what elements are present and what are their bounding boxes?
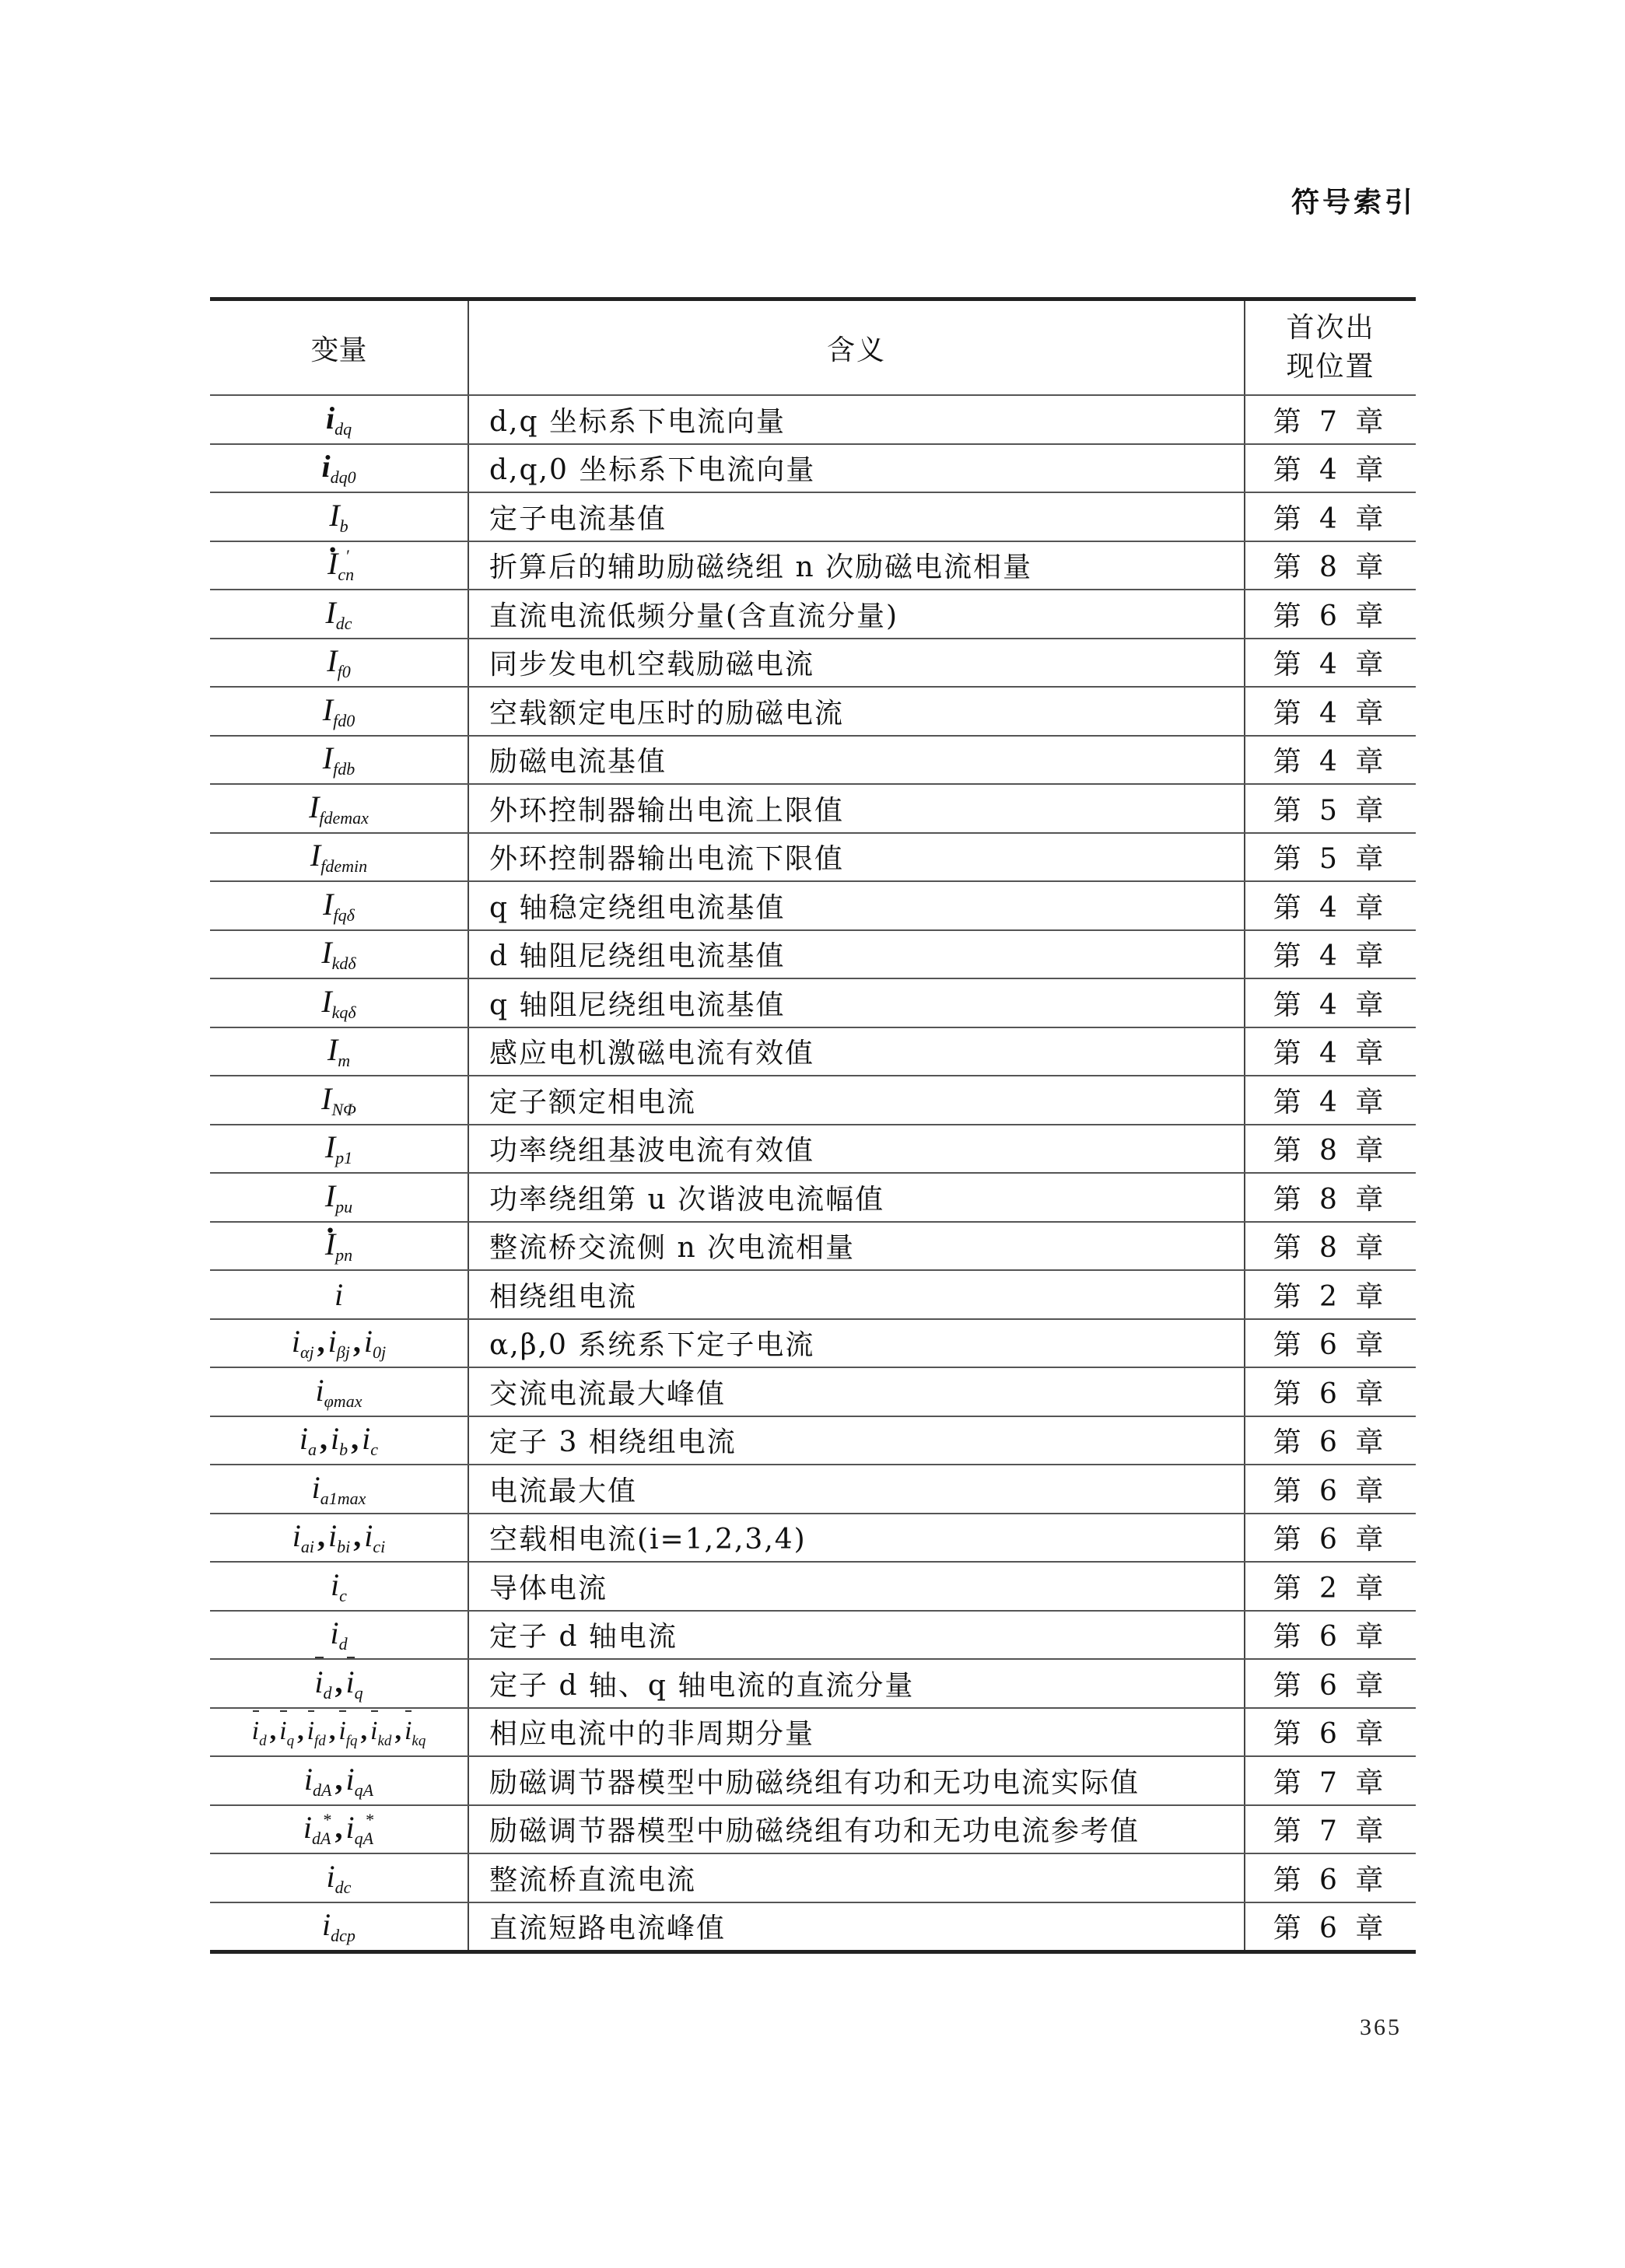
cell-variable: Ifd0	[210, 687, 468, 736]
symbol-base: I	[325, 1129, 335, 1165]
math-symbol: id,iq,ifd,ifq,ikd,ikq	[252, 1717, 426, 1745]
symbol-base: I	[309, 789, 319, 825]
cell-meaning: 折算后的辅助励磁绕组 n 次励磁电流相量	[468, 541, 1245, 590]
header-meaning: 含义	[468, 299, 1245, 396]
symbol-subscript: dcp	[331, 1926, 355, 1945]
header-first-location-line1: 首次出	[1245, 309, 1416, 348]
table-row: Ifqδq 轴稳定绕组电流基值第 4 章	[210, 881, 1416, 930]
symbol-base: i	[292, 1323, 300, 1360]
cell-first-location: 第 4 章	[1245, 930, 1416, 979]
header-first-location-line2: 现位置	[1245, 348, 1416, 387]
symbol-subscript: fd	[314, 1733, 326, 1749]
cell-meaning: 定子电流基值	[468, 492, 1245, 541]
symbol-subscript: c	[370, 1440, 378, 1459]
cell-first-location: 第 8 章	[1245, 1173, 1416, 1222]
symbol-base: I	[327, 545, 338, 582]
symbol-separator: ,	[353, 1324, 361, 1359]
cell-first-location: 第 4 章	[1245, 1076, 1416, 1125]
symbol-base: I	[325, 1226, 335, 1262]
symbol-superscript: *	[366, 1810, 374, 1829]
page-number: 365	[1360, 2014, 1402, 2041]
cell-variable: Icn′	[210, 541, 468, 590]
symbol-base: i	[364, 1323, 373, 1360]
symbol-base: I	[327, 1031, 338, 1068]
symbol-separator: ,	[353, 1518, 361, 1553]
table-row: id,iq定子 d 轴、q 轴电流的直流分量第 6 章	[210, 1659, 1416, 1708]
cell-variable: ic	[210, 1562, 468, 1611]
symbol-subscript: pn	[335, 1245, 352, 1265]
cell-meaning: 空载额定电压时的励磁电流	[468, 687, 1245, 736]
table-row: id,iq,ifd,ifq,ikd,ikq相应电流中的非周期分量第 6 章	[210, 1708, 1416, 1757]
math-symbol: Im	[327, 1032, 350, 1067]
cell-meaning: 外环控制器输出电流下限值	[468, 833, 1245, 882]
cell-meaning: 导体电流	[468, 1562, 1245, 1611]
symbol-base: i	[334, 1276, 343, 1313]
symbol-subscript: fqδ	[333, 905, 354, 925]
cell-meaning: 电流最大值	[468, 1465, 1245, 1514]
symbol-base: I	[321, 934, 331, 971]
math-symbol: ia1max	[312, 1470, 366, 1505]
table-body: idqd,q 坐标系下电流向量第 7 章idq0d,q,0 坐标系下电流向量第 …	[210, 395, 1416, 1952]
cell-meaning: 励磁调节器模型中励磁绕组有功和无功电流参考值	[468, 1805, 1245, 1854]
math-symbol: idcp	[322, 1907, 355, 1942]
header-first-location: 首次出 现位置	[1245, 299, 1416, 396]
cell-first-location: 第 7 章	[1245, 1756, 1416, 1805]
symbol-subscript: pu	[335, 1197, 352, 1216]
cell-variable: Ip1	[210, 1125, 468, 1174]
cell-variable: idcp	[210, 1902, 468, 1952]
cell-meaning: d,q 坐标系下电流向量	[468, 395, 1245, 444]
math-symbol: id,iq	[314, 1664, 362, 1699]
symbol-base: i	[370, 1717, 377, 1746]
symbol-subscript: βj	[337, 1342, 350, 1362]
symbol-base: i	[321, 448, 330, 485]
cell-first-location: 第 4 章	[1245, 881, 1416, 930]
symbol-subscript: b	[339, 1440, 348, 1459]
cell-variable: i	[210, 1270, 468, 1319]
cell-first-location: 第 4 章	[1245, 978, 1416, 1027]
cell-variable: iαj,iβj,i0j	[210, 1319, 468, 1368]
table-row: Ib定子电流基值第 4 章	[210, 492, 1416, 541]
cell-meaning: d 轴阻尼绕组电流基值	[468, 930, 1245, 979]
cell-first-location: 第 4 章	[1245, 687, 1416, 736]
table-row: iαj,iβj,i0jα,β,0 系统系下定子电流第 6 章	[210, 1319, 1416, 1368]
symbol-separator: ,	[361, 1717, 368, 1745]
math-symbol: Ifd0	[323, 692, 355, 727]
symbol-base: i	[292, 1517, 301, 1554]
symbol-base: i	[331, 1566, 339, 1603]
symbol-subscript: fdb	[333, 759, 355, 779]
symbol-base: i	[299, 1420, 308, 1457]
symbol-subscript: d	[259, 1733, 267, 1749]
symbol-subscript: fd0	[333, 711, 355, 730]
symbol-base: i	[328, 1517, 337, 1554]
symbol-subscript: kq	[412, 1733, 426, 1749]
symbol-subscript: NΦ	[331, 1100, 355, 1119]
symbol-base: i	[322, 1906, 331, 1943]
cell-first-location: 第 6 章	[1245, 1319, 1416, 1368]
cell-variable: id	[210, 1611, 468, 1660]
symbol-base: i	[303, 1809, 312, 1846]
math-symbol: ic	[331, 1567, 347, 1602]
table-row: iφmax交流电流最大峰值第 6 章	[210, 1367, 1416, 1416]
symbol-base: I	[323, 740, 333, 776]
math-symbol: Ipu	[325, 1178, 352, 1213]
cell-meaning: 整流桥交流侧 n 次电流相量	[468, 1222, 1245, 1271]
symbol-subscript: dc	[336, 614, 352, 633]
symbol-base: I	[310, 837, 320, 873]
symbol-base: i	[338, 1717, 345, 1746]
symbol-separator: ,	[317, 1324, 325, 1359]
cell-meaning: α,β,0 系统系下定子电流	[468, 1319, 1245, 1368]
symbol-subscript: q	[355, 1683, 363, 1703]
cell-meaning: 外环控制器输出电流上限值	[468, 784, 1245, 833]
cell-first-location: 第 8 章	[1245, 541, 1416, 590]
symbol-subscript: m	[338, 1051, 350, 1070]
symbol-subscript: 0j	[373, 1342, 386, 1362]
cell-variable: iai,ibi,ici	[210, 1514, 468, 1563]
symbol-base: i	[312, 1469, 320, 1506]
math-symbol: Ikdδ	[321, 935, 355, 970]
table-row: Ifdemin外环控制器输出电流下限值第 5 章	[210, 833, 1416, 882]
symbol-base: i	[331, 1420, 339, 1457]
symbol-base: I	[327, 642, 337, 679]
table-row: ic导体电流第 2 章	[210, 1562, 1416, 1611]
symbol-subscript: q	[287, 1733, 295, 1749]
math-symbol: idc	[327, 1859, 352, 1894]
symbol-base: i	[316, 1372, 324, 1409]
cell-variable: idA,iqA	[210, 1756, 468, 1805]
math-symbol: Ikqδ	[321, 984, 355, 1019]
symbol-separator: ,	[351, 1421, 359, 1456]
symbol-subscript: fq	[346, 1733, 358, 1749]
cell-first-location: 第 8 章	[1245, 1125, 1416, 1174]
math-symbol: iai,ibi,ici	[292, 1518, 386, 1553]
symbol-base: i	[330, 1615, 338, 1651]
symbol-base: i	[326, 400, 334, 436]
cell-meaning: q 轴阻尼绕组电流基值	[468, 978, 1245, 1027]
table-row: INΦ定子额定相电流第 4 章	[210, 1076, 1416, 1125]
header-variable: 变量	[210, 299, 468, 396]
symbol-subscript: dq0	[331, 467, 356, 487]
table-row: Ifd0空载额定电压时的励磁电流第 4 章	[210, 687, 1416, 736]
table-row: idA*,iqA*励磁调节器模型中励磁绕组有功和无功电流参考值第 7 章	[210, 1805, 1416, 1854]
table-row: id定子 d 轴电流第 6 章	[210, 1611, 1416, 1660]
cell-first-location: 第 6 章	[1245, 1902, 1416, 1952]
cell-first-location: 第 2 章	[1245, 1562, 1416, 1611]
cell-first-location: 第 6 章	[1245, 1853, 1416, 1902]
cell-first-location: 第 4 章	[1245, 492, 1416, 541]
cell-meaning: q 轴稳定绕组电流基值	[468, 881, 1245, 930]
math-symbol: INΦ	[321, 1081, 356, 1116]
symbol-superscript: *	[324, 1810, 332, 1829]
table-row: Idc直流电流低频分量(含直流分量)第 6 章	[210, 590, 1416, 639]
symbol-subscript: ai	[301, 1537, 314, 1556]
symbol-subscript: qA	[355, 1780, 373, 1800]
cell-variable: ia,ib,ic	[210, 1416, 468, 1465]
symbol-separator: ,	[394, 1717, 401, 1745]
symbol-subscript: b	[340, 516, 348, 536]
symbol-subscript: ci	[373, 1537, 385, 1556]
cell-first-location: 第 5 章	[1245, 784, 1416, 833]
symbol-subscript: a1max	[320, 1489, 366, 1508]
cell-meaning: 同步发电机空载励磁电流	[468, 639, 1245, 688]
symbol-base: i	[252, 1717, 259, 1746]
cell-meaning: 励磁调节器模型中励磁绕组有功和无功电流实际值	[468, 1756, 1245, 1805]
cell-variable: Ifdemax	[210, 784, 468, 833]
cell-first-location: 第 4 章	[1245, 444, 1416, 493]
symbol-separator: ,	[270, 1717, 277, 1745]
symbol-subscript: d	[324, 1683, 332, 1703]
symbol-subscript: kqδ	[332, 1003, 356, 1022]
symbol-subscript: dA	[313, 1780, 331, 1800]
cell-meaning: 直流电流低频分量(含直流分量)	[468, 590, 1245, 639]
cell-variable: Ib	[210, 492, 468, 541]
symbol-separator: ,	[335, 1810, 343, 1845]
cell-variable: If0	[210, 639, 468, 688]
table-row: Ifdb励磁电流基值第 4 章	[210, 736, 1416, 785]
symbol-separator: ,	[335, 1762, 343, 1797]
math-symbol: ia,ib,ic	[299, 1421, 378, 1456]
cell-variable: idc	[210, 1853, 468, 1902]
symbol-base: I	[323, 886, 333, 922]
symbol-subscript: c	[339, 1586, 347, 1605]
symbol-base: I	[323, 691, 333, 728]
cell-meaning: 整流桥直流电流	[468, 1853, 1245, 1902]
table-row: If0同步发电机空载励磁电流第 4 章	[210, 639, 1416, 688]
cell-first-location: 第 4 章	[1245, 1027, 1416, 1076]
cell-meaning: 相绕组电流	[468, 1270, 1245, 1319]
cell-meaning: 功率绕组基波电流有效值	[468, 1125, 1245, 1174]
symbol-subscript: φmax	[324, 1391, 362, 1411]
symbol-subscript: bi	[337, 1537, 350, 1556]
symbol-base: i	[364, 1517, 373, 1554]
cell-first-location: 第 4 章	[1245, 639, 1416, 688]
symbol-subscript: cn	[338, 565, 354, 584]
cell-first-location: 第 6 章	[1245, 590, 1416, 639]
table-row: idcp直流短路电流峰值第 6 章	[210, 1902, 1416, 1952]
symbol-base: i	[328, 1323, 337, 1360]
symbol-base: i	[404, 1717, 412, 1746]
symbol-index-table: 变量 含义 首次出 现位置 idqd,q 坐标系下电流向量第 7 章idq0d,…	[210, 297, 1416, 1954]
table-row: Im感应电机激磁电流有效值第 4 章	[210, 1027, 1416, 1076]
running-head: 符号索引	[1291, 180, 1416, 220]
cell-meaning: 空载相电流(i=1,2,3,4)	[468, 1514, 1245, 1563]
cell-variable: idA*,iqA*	[210, 1805, 468, 1854]
math-symbol: Ip1	[325, 1129, 352, 1164]
cell-variable: Im	[210, 1027, 468, 1076]
cell-variable: Ikqδ	[210, 978, 468, 1027]
cell-first-location: 第 4 章	[1245, 736, 1416, 785]
math-symbol: Ifqδ	[323, 887, 355, 922]
math-symbol: Ifdemax	[309, 789, 369, 824]
table-row: iai,ibi,ici空载相电流(i=1,2,3,4)第 6 章	[210, 1514, 1416, 1563]
cell-meaning: d,q,0 坐标系下电流向量	[468, 444, 1245, 493]
math-symbol: idA,iqA	[304, 1762, 373, 1797]
cell-first-location: 第 8 章	[1245, 1222, 1416, 1271]
cell-meaning: 定子额定相电流	[468, 1076, 1245, 1125]
cell-variable: ia1max	[210, 1465, 468, 1514]
cell-first-location: 第 6 章	[1245, 1708, 1416, 1757]
table-row: idqd,q 坐标系下电流向量第 7 章	[210, 395, 1416, 444]
symbol-base: I	[325, 594, 335, 631]
table-row: Ikqδq 轴阻尼绕组电流基值第 4 章	[210, 978, 1416, 1027]
math-symbol: iφmax	[316, 1373, 362, 1408]
table-row: Icn′折算后的辅助励磁绕组 n 次励磁电流相量第 8 章	[210, 541, 1416, 590]
cell-first-location: 第 7 章	[1245, 1805, 1416, 1854]
math-symbol: Ifdb	[323, 740, 355, 775]
cell-first-location: 第 7 章	[1245, 395, 1416, 444]
cell-variable: iφmax	[210, 1367, 468, 1416]
symbol-base: I	[329, 497, 339, 534]
table-row: idq0d,q,0 坐标系下电流向量第 4 章	[210, 444, 1416, 493]
symbol-base: I	[321, 983, 331, 1020]
table-row: ia,ib,ic定子 3 相绕组电流第 6 章	[210, 1416, 1416, 1465]
cell-variable: id,iq,ifd,ifq,ikd,ikq	[210, 1708, 468, 1757]
symbol-base: i	[346, 1761, 355, 1797]
cell-meaning: 功率绕组第 u 次谐波电流幅值	[468, 1173, 1245, 1222]
cell-meaning: 励磁电流基值	[468, 736, 1245, 785]
math-symbol: Icn′	[327, 546, 350, 581]
cell-variable: INΦ	[210, 1076, 468, 1125]
symbol-base: i	[307, 1717, 314, 1746]
symbol-subscript: fdemax	[319, 808, 369, 828]
cell-variable: Idc	[210, 590, 468, 639]
symbol-separator: ,	[297, 1717, 304, 1745]
math-symbol: idq0	[321, 449, 355, 484]
cell-first-location: 第 6 章	[1245, 1416, 1416, 1465]
symbol-subscript: dq	[334, 419, 352, 439]
table-row: ia1max电流最大值第 6 章	[210, 1465, 1416, 1514]
cell-meaning: 定子 3 相绕组电流	[468, 1416, 1245, 1465]
table-row: idA,iqA励磁调节器模型中励磁绕组有功和无功电流实际值第 7 章	[210, 1756, 1416, 1805]
symbol-base: i	[362, 1420, 370, 1457]
cell-variable: id,iq	[210, 1659, 468, 1708]
cell-first-location: 第 5 章	[1245, 833, 1416, 882]
cell-variable: Ipn	[210, 1222, 468, 1271]
symbol-separator: ,	[317, 1518, 325, 1553]
symbol-separator: ,	[320, 1421, 327, 1456]
symbol-separator: ,	[335, 1664, 343, 1699]
math-symbol: Ipn	[325, 1227, 352, 1262]
cell-meaning: 相应电流中的非周期分量	[468, 1708, 1245, 1757]
table-row: Ikdδd 轴阻尼绕组电流基值第 4 章	[210, 930, 1416, 979]
symbol-subscript: d	[339, 1634, 348, 1654]
math-symbol: Idc	[325, 595, 352, 630]
math-symbol: Ifdemin	[310, 838, 367, 873]
symbol-subscript: fdemin	[320, 856, 367, 876]
cell-first-location: 第 6 章	[1245, 1659, 1416, 1708]
symbol-base: I	[325, 1178, 335, 1214]
table-header-row: 变量 含义 首次出 现位置	[210, 299, 1416, 396]
cell-meaning: 感应电机激磁电流有效值	[468, 1027, 1245, 1076]
symbol-superscript: ′	[346, 546, 350, 565]
math-symbol: idq	[326, 401, 352, 436]
cell-first-location: 第 6 章	[1245, 1514, 1416, 1563]
symbol-base: i	[327, 1858, 335, 1895]
math-symbol: iαj,iβj,i0j	[292, 1324, 386, 1359]
math-symbol: i	[334, 1277, 343, 1312]
symbol-subscript: dc	[335, 1878, 352, 1897]
math-symbol: idA*,iqA*	[303, 1810, 374, 1845]
cell-meaning: 定子 d 轴电流	[468, 1611, 1245, 1660]
symbol-subscript: qA	[355, 1829, 373, 1848]
symbol-base: I	[321, 1080, 331, 1117]
symbol-base: i	[346, 1809, 355, 1846]
symbol-subscript: αj	[300, 1342, 314, 1362]
table-row: Ip1功率绕组基波电流有效值第 8 章	[210, 1125, 1416, 1174]
math-symbol: id	[330, 1615, 347, 1650]
cell-variable: Ifdemin	[210, 833, 468, 882]
symbol-subscript: kdδ	[332, 954, 356, 973]
cell-variable: Ikdδ	[210, 930, 468, 979]
symbol-subscript: f0	[338, 662, 351, 681]
table-row: idc整流桥直流电流第 6 章	[210, 1853, 1416, 1902]
table-row: Ipn整流桥交流侧 n 次电流相量第 8 章	[210, 1222, 1416, 1271]
symbol-base: i	[279, 1717, 286, 1746]
cell-first-location: 第 2 章	[1245, 1270, 1416, 1319]
symbol-subscript: p1	[335, 1148, 352, 1167]
cell-first-location: 第 6 章	[1245, 1367, 1416, 1416]
symbol-base: i	[304, 1761, 313, 1797]
cell-variable: idq0	[210, 444, 468, 493]
math-symbol: Ib	[329, 498, 348, 533]
cell-variable: Ifdb	[210, 736, 468, 785]
symbol-base: i	[314, 1664, 323, 1700]
cell-variable: Ipu	[210, 1173, 468, 1222]
table-row: Ifdemax外环控制器输出电流上限值第 5 章	[210, 784, 1416, 833]
cell-variable: idq	[210, 395, 468, 444]
cell-meaning: 直流短路电流峰值	[468, 1902, 1245, 1952]
cell-meaning: 交流电流最大峰值	[468, 1367, 1245, 1416]
symbol-subscript: a	[308, 1440, 317, 1459]
cell-meaning: 定子 d 轴、q 轴电流的直流分量	[468, 1659, 1245, 1708]
symbol-subscript: kd	[378, 1733, 392, 1749]
table-row: Ipu功率绕组第 u 次谐波电流幅值第 8 章	[210, 1173, 1416, 1222]
cell-first-location: 第 6 章	[1245, 1611, 1416, 1660]
table-row: i相绕组电流第 2 章	[210, 1270, 1416, 1319]
symbol-separator: ,	[329, 1717, 336, 1745]
symbol-subscript: dA	[312, 1829, 331, 1848]
math-symbol: If0	[327, 643, 350, 678]
symbol-base: i	[346, 1664, 355, 1700]
cell-first-location: 第 6 章	[1245, 1465, 1416, 1514]
cell-variable: Ifqδ	[210, 881, 468, 930]
